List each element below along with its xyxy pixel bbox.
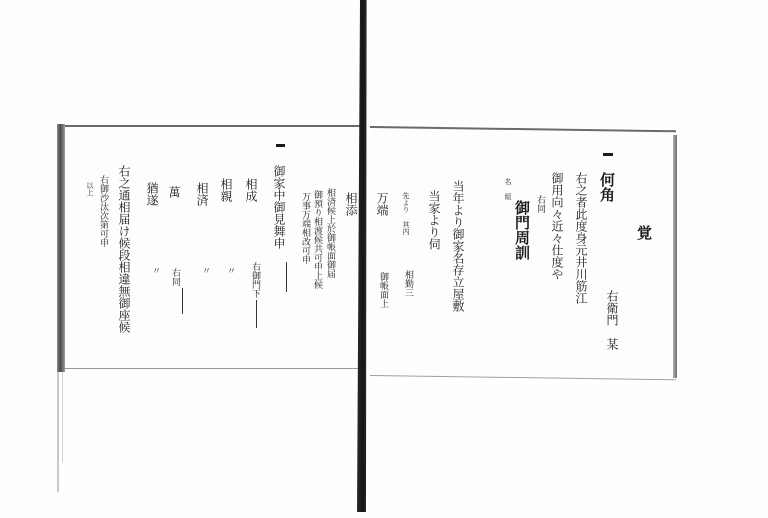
text-column: 当家より伺	[428, 190, 440, 250]
ditto-mark: 〃	[225, 266, 234, 275]
text-annotation: 相勤三	[403, 270, 412, 297]
manuscript-scan: 覚 何角 右衛門 某 右之者此度身元井川筋江 御用向々近々仕度や 右同 御門周訓…	[0, 0, 768, 518]
text-annotation: 右同	[170, 268, 179, 286]
ditto-mark: 〃	[150, 266, 159, 275]
text-column: 右之通相届け候段相違無御座候	[118, 165, 130, 333]
item-mark	[276, 144, 285, 147]
text-column: 右御沙汰次第可申	[98, 175, 107, 247]
text-column: 万端	[376, 192, 388, 216]
text-column: 当年より御家名存立屋敷	[452, 180, 464, 312]
text-side-note: 名 組	[504, 178, 511, 200]
text-column: 猶遂	[146, 182, 158, 206]
text-column: 御家中御見舞申	[273, 165, 285, 249]
text-annotation: 先より 其内	[402, 192, 409, 235]
right-page-edge	[673, 135, 677, 378]
text-column: 相済候上於御帳面御届	[325, 188, 334, 278]
text-column: 相添	[345, 192, 357, 216]
ink-tail-stroke	[256, 300, 257, 328]
binding-gutter	[357, 0, 369, 512]
text-column: 相親	[220, 178, 232, 202]
text-column: 御門周訓	[514, 200, 529, 260]
text-annotation: 御帳面上	[378, 272, 387, 308]
text-column: 右之者此度身元井川筋江	[575, 172, 587, 304]
item-mark	[603, 153, 613, 156]
closing-note: 以上	[86, 182, 93, 196]
text-annotation: 右同	[535, 195, 544, 213]
text-column: 何角	[599, 172, 614, 202]
ink-tail-stroke	[182, 288, 183, 314]
left-page-edge	[57, 124, 65, 372]
text-column: 御預り相渡候共可申上候	[312, 190, 321, 289]
text-annotation: 右衛門 某	[606, 290, 618, 350]
left-page-shadow-line-inner	[62, 372, 63, 462]
text-column: 萬	[168, 186, 180, 198]
heading-oboe: 覚	[636, 225, 651, 240]
left-page-shadow-line	[57, 372, 59, 492]
text-annotation: 右御門下	[250, 262, 259, 298]
text-column: 万事万端相改可申	[300, 192, 309, 264]
ink-tail-stroke	[286, 262, 287, 292]
text-column: 相成	[245, 178, 257, 202]
text-column: 御用向々近々仕度や	[551, 172, 563, 280]
ditto-mark: 〃	[200, 266, 209, 275]
text-column: 相済	[196, 182, 208, 206]
